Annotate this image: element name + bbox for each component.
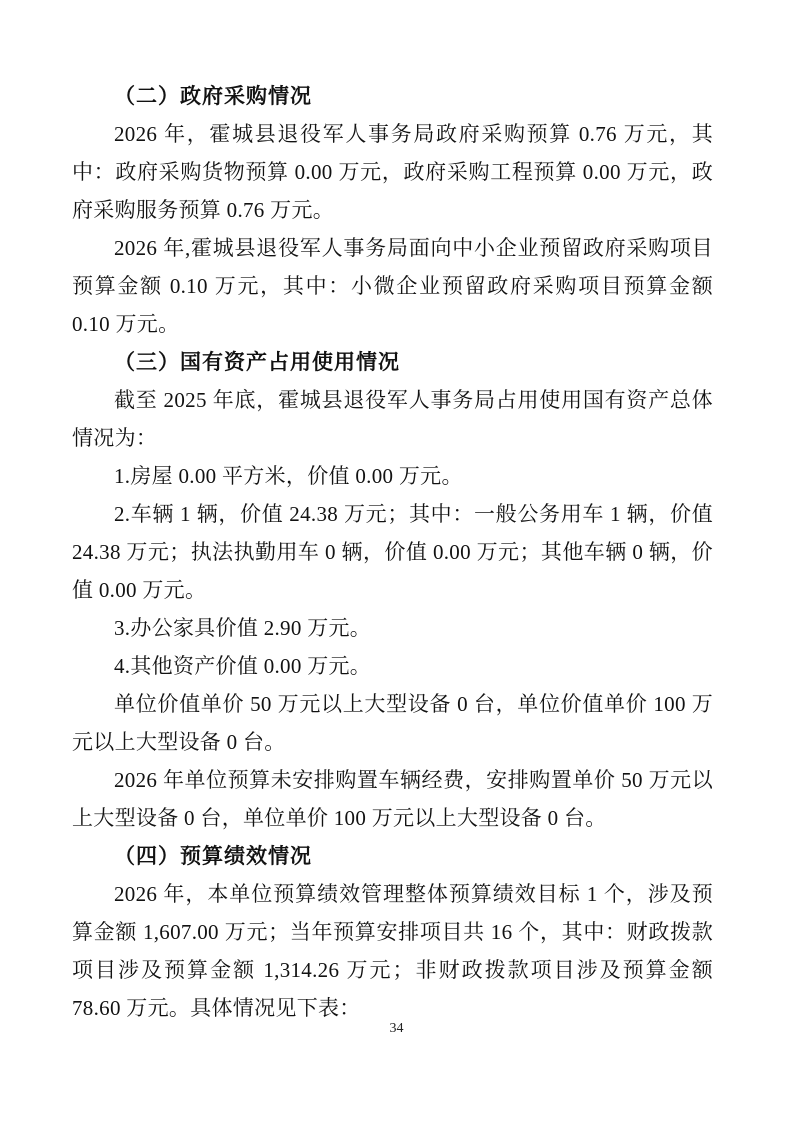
paragraph-assets-2026-purchases: 2026 年单位预算未安排购置车辆经费，安排购置单价 50 万元以上大型设备 0…	[72, 761, 713, 837]
section-heading-budget-performance: （四）预算绩效情况	[72, 837, 713, 875]
document-page: （二）政府采购情况 2026 年，霍城县退役军人事务局政府采购预算 0.76 万…	[0, 0, 793, 1122]
section-heading-state-assets: （三）国有资产占用使用情况	[72, 343, 713, 381]
page-footer: 34	[0, 1019, 793, 1037]
paragraph-performance-targets: 2026 年，本单位预算绩效管理整体预算绩效目标 1 个，涉及预算金额 1,60…	[72, 875, 713, 1027]
paragraph-assets-vehicles: 2.车辆 1 辆，价值 24.38 万元；其中：一般公务用车 1 辆，价值 24…	[72, 495, 713, 609]
paragraph-assets-other: 4.其他资产价值 0.00 万元。	[72, 647, 713, 685]
section-budget-performance: （四）预算绩效情况 2026 年，本单位预算绩效管理整体预算绩效目标 1 个，涉…	[72, 837, 713, 1027]
page-number: 34	[390, 1021, 404, 1036]
section-government-procurement: （二）政府采购情况 2026 年，霍城县退役军人事务局政府采购预算 0.76 万…	[72, 77, 713, 343]
paragraph-assets-furniture: 3.办公家具价值 2.90 万元。	[72, 609, 713, 647]
paragraph-assets-overview: 截至 2025 年底，霍城县退役军人事务局占用使用国有资产总体情况为：	[72, 381, 713, 457]
section-heading-procurement: （二）政府采购情况	[72, 77, 713, 115]
paragraph-procurement-budget: 2026 年，霍城县退役军人事务局政府采购预算 0.76 万元，其中：政府采购货…	[72, 115, 713, 229]
paragraph-assets-housing: 1.房屋 0.00 平方米，价值 0.00 万元。	[72, 457, 713, 495]
paragraph-assets-large-equipment: 单位价值单价 50 万元以上大型设备 0 台，单位价值单价 100 万元以上大型…	[72, 685, 713, 761]
section-state-assets: （三）国有资产占用使用情况 截至 2025 年底，霍城县退役军人事务局占用使用国…	[72, 343, 713, 837]
paragraph-procurement-sme-reserve: 2026 年,霍城县退役军人事务局面向中小企业预留政府采购项目预算金额 0.10…	[72, 229, 713, 343]
